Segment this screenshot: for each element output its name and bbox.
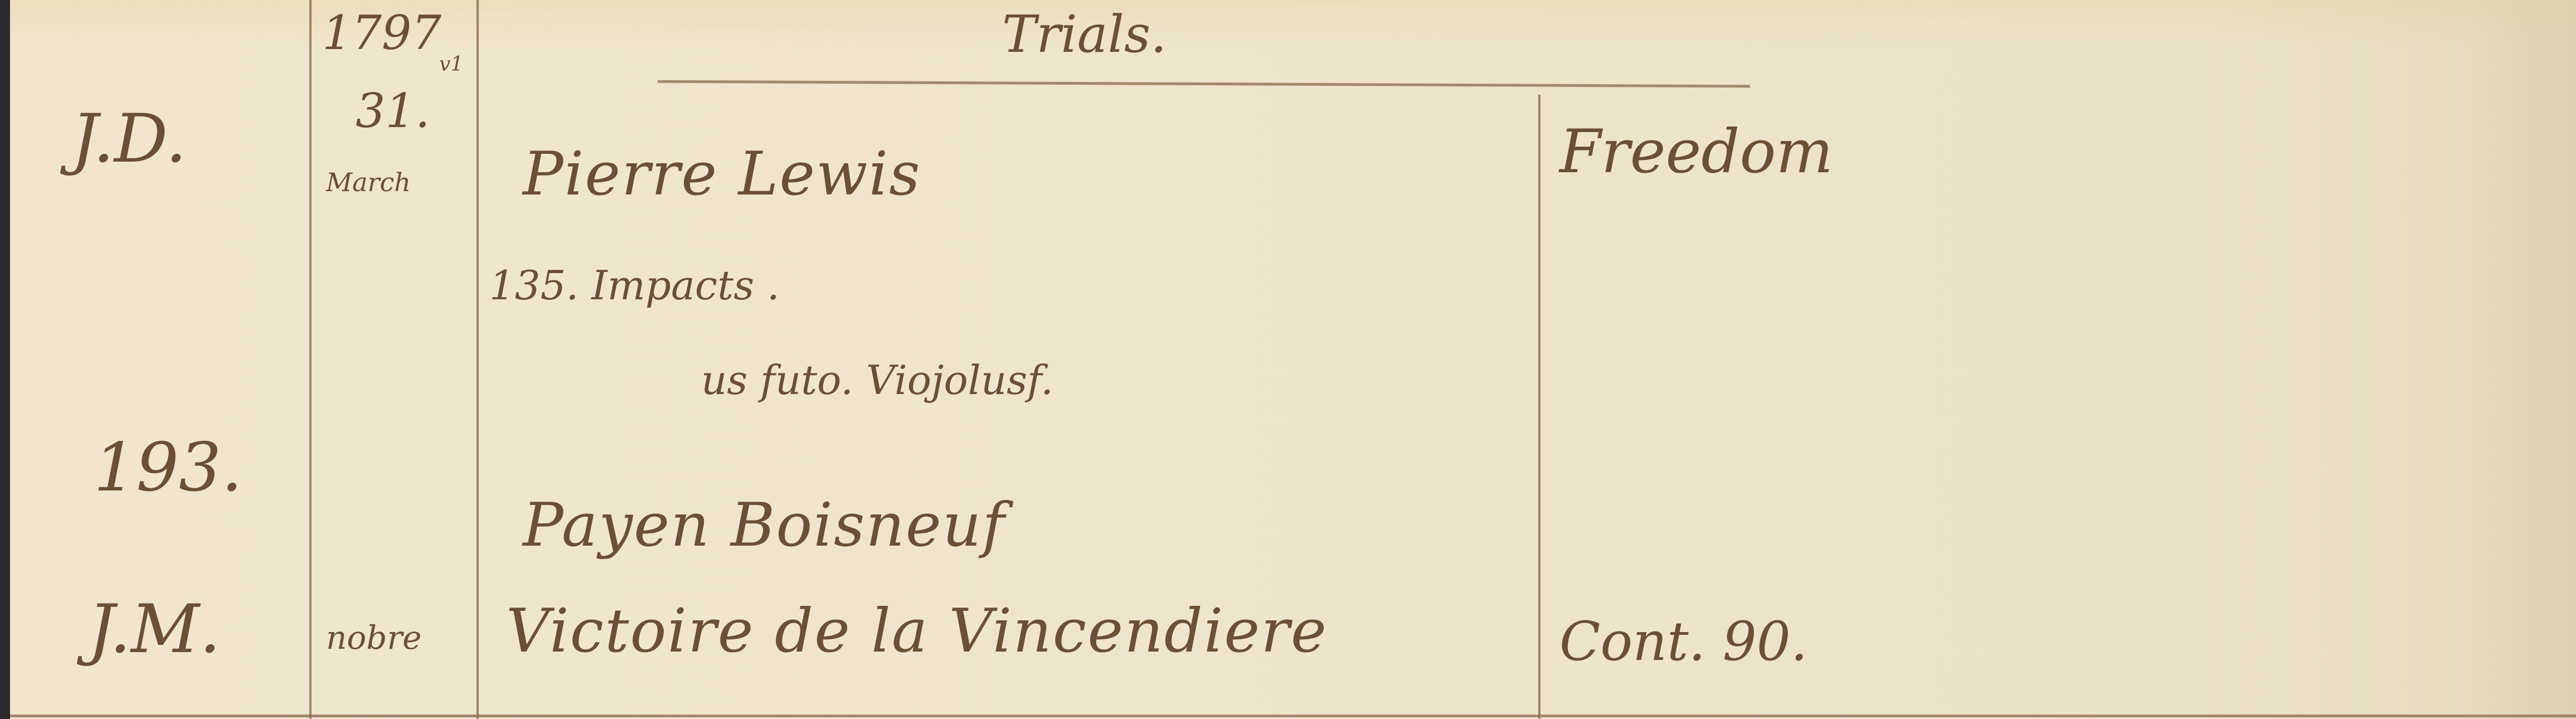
date-superscript: v1 [439, 53, 463, 76]
date-note: nobre [326, 619, 421, 657]
ledger-page: Trials. 1797 v1 31. March nobre J.D. 193… [10, 0, 2576, 719]
date-year: 1797 [322, 6, 441, 60]
column-rule-margin [309, 0, 312, 719]
entry-note-1b: us futo. Viojolusf. [701, 357, 1053, 404]
column-rule-date [477, 0, 479, 719]
heading-rule [658, 80, 1750, 88]
bottom-rule [10, 715, 2576, 717]
margin-mark-entry-3: J.M. [88, 591, 221, 668]
margin-mark-entry-1: J.D. [71, 100, 187, 178]
entry-result-3: Cont. 90. [1559, 610, 1807, 673]
entry-name-3: Victoire de la Vincendiere [506, 596, 1328, 666]
date-month: March [326, 167, 411, 197]
entry-note-1a: 135. Impacts . [489, 262, 780, 309]
entry-name-1: Pierre Lewis [523, 139, 921, 209]
margin-mark-entry-2: 193. [94, 429, 242, 507]
entry-result-1: Freedom [1559, 117, 1833, 187]
entry-name-2: Payen Boisneuf [523, 490, 1005, 560]
page-heading: Trials. [1002, 4, 1167, 64]
column-rule-result [1538, 95, 1540, 719]
date-day: 31. [356, 84, 430, 138]
